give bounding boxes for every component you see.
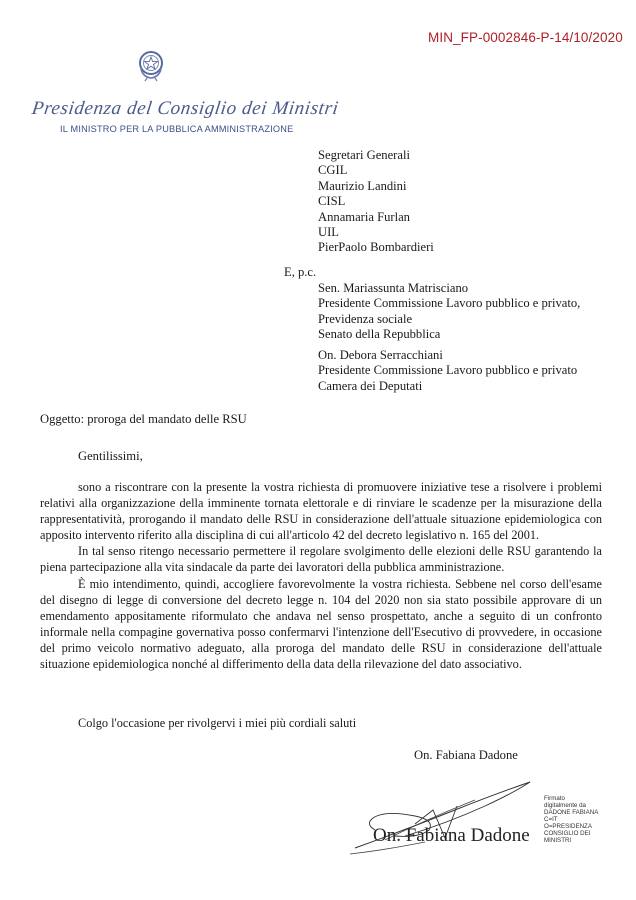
cc-line: Presidente Commissione Lavoro pubblico e… — [318, 296, 608, 311]
recipient-line: CISL — [318, 194, 434, 209]
cc-line: Presidente Commissione Lavoro pubblico e… — [318, 363, 608, 378]
recipient-line: UIL — [318, 225, 434, 240]
recipient-line: CGIL — [318, 163, 434, 178]
digital-signature-line: C=IT — [544, 816, 598, 823]
protocol-number: MIN_FP-0002846-P-14/10/2020 — [428, 30, 623, 45]
letterhead-office: IL MINISTRO PER LA PUBBLICA AMMINISTRAZI… — [60, 124, 293, 134]
closing-salutation: Colgo l'occasione per rivolgervi i miei … — [78, 716, 356, 731]
italian-republic-emblem-icon — [133, 47, 169, 83]
cc-line: Senato della Repubblica — [318, 327, 608, 342]
cc-line: Sen. Mariassunta Matrisciano — [318, 281, 608, 296]
handwritten-signature-icon — [345, 780, 535, 860]
digital-signature-line: digitalmente da — [544, 802, 598, 809]
recipient-line: Maurizio Landini — [318, 179, 434, 194]
recipient-line: PierPaolo Bombardieri — [318, 240, 434, 255]
signature-printed-name: On. Fabiana Dadone — [373, 825, 530, 847]
subject-line: Oggetto: proroga del mandato delle RSU — [40, 412, 247, 427]
cc-recipient-senate: Sen. Mariassunta Matrisciano Presidente … — [318, 281, 608, 343]
recipient-line: Annamaria Furlan — [318, 210, 434, 225]
digital-signature-stamp: Firmato digitalmente da DADONE FABIANA C… — [544, 795, 598, 844]
body-paragraph: In tal senso ritengo necessario permette… — [40, 543, 602, 575]
letter-body: sono a riscontrare con la presente la vo… — [40, 479, 602, 672]
digital-signature-line: MINISTRI — [544, 837, 598, 844]
letterhead-institution: Presidenza del Consiglio dei Ministri — [30, 98, 340, 120]
digital-signature-line: Firmato — [544, 795, 598, 802]
greeting: Gentilissimi, — [78, 449, 143, 464]
recipients-block: Segretari Generali CGIL Maurizio Landini… — [318, 148, 434, 256]
body-paragraph: sono a riscontrare con la presente la vo… — [40, 479, 602, 543]
body-paragraph: È mio intendimento, quindi, accogliere f… — [40, 576, 602, 673]
cc-label: E, p.c. — [284, 265, 316, 280]
cc-recipient-chamber: On. Debora Serracchiani Presidente Commi… — [318, 348, 608, 394]
cc-line: Camera dei Deputati — [318, 379, 608, 394]
signatory-name: On. Fabiana Dadone — [414, 748, 518, 763]
recipient-line: Segretari Generali — [318, 148, 434, 163]
cc-line: On. Debora Serracchiani — [318, 348, 608, 363]
digital-signature-line: O=PRESIDENZA — [544, 823, 598, 830]
cc-line: Previdenza sociale — [318, 312, 608, 327]
digital-signature-line: DADONE FABIANA — [544, 809, 598, 816]
digital-signature-line: CONSIGLIO DEI — [544, 830, 598, 837]
